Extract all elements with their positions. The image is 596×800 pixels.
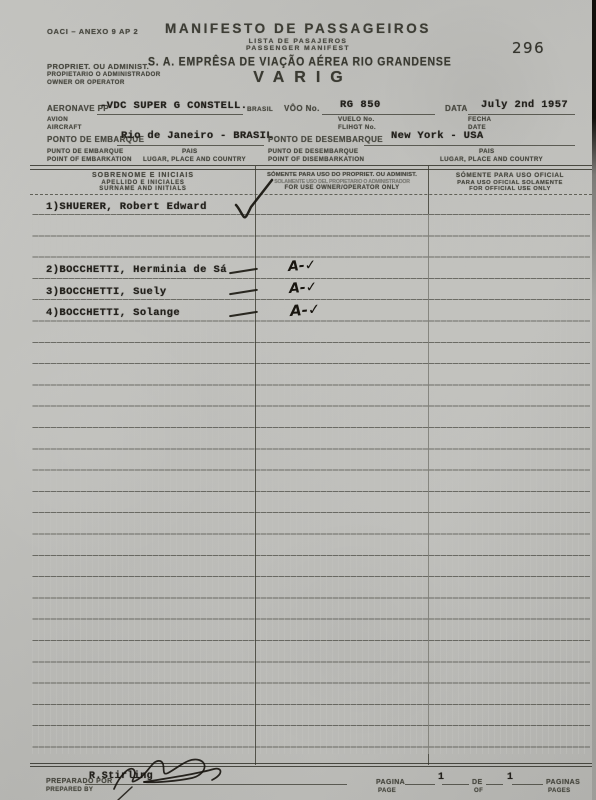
table-top-border xyxy=(30,165,592,170)
document-title: MANIFESTO DE PASSAGEIROS xyxy=(148,21,448,36)
annotation-row-4: A-✓ xyxy=(289,299,321,319)
page-number-value: 1 xyxy=(438,772,444,783)
aircraft-sublabel-es: AVION xyxy=(47,116,68,123)
document-page: OACI – ANEXO 9 AP 2 MANIFESTO DE PASSAGE… xyxy=(0,0,596,800)
passenger-row-4: 4)BOCCHETTI, Solange xyxy=(46,307,180,319)
column-header-official-line1: SÓMENTE PARA USO OFICIAL xyxy=(430,172,590,179)
owner-label-pt: PROPRIET. OU ADMINIST. xyxy=(47,62,149,71)
date-label: DATA xyxy=(445,104,468,113)
disembark-value: New York - USA xyxy=(391,130,483,142)
page-label-pt: PAGINA xyxy=(376,779,405,786)
flight-number-value: RG 850 xyxy=(340,99,381,111)
disembark-country-label-es: PAIS xyxy=(479,148,495,155)
page-underline-4 xyxy=(512,784,543,785)
signature-icon xyxy=(106,751,236,800)
checkmark-handwritten-icon xyxy=(232,177,276,223)
aircraft-value: -VDC SUPER G CONSTELL. xyxy=(100,100,247,112)
flight-sublabel-es: VUELO No. xyxy=(338,116,375,123)
of-label-pt: DE xyxy=(472,779,483,786)
disembark-label: PONTO DE DESEMBARQUE xyxy=(268,135,383,144)
total-pages-value: 1 xyxy=(507,772,513,783)
pages-label-pt: PAGINAS xyxy=(546,779,580,786)
scan-edge-strip xyxy=(592,0,596,800)
column-header-name-line3: SURNAME AND INITIALS xyxy=(32,186,254,192)
passenger-row-2: 2)BOCCHETTI, Herminia de Sá xyxy=(46,264,227,276)
date-underline xyxy=(468,114,575,115)
owner-label-es: PROPIETARIO O ADMINISTRADOR xyxy=(47,71,161,78)
of-label-en: OF xyxy=(474,788,483,794)
flight-number-underline xyxy=(322,114,435,115)
company-brand: VARIG xyxy=(148,69,448,87)
disembark-sublabel-en: POINT OF DISEMBARKATION xyxy=(268,156,364,163)
aircraft-sublabel-en: AIRCRAFT xyxy=(47,124,82,131)
column-header-owner-line3: FOR USE OWNER/OPERATOR ONLY xyxy=(257,185,427,191)
flight-sublabel-en: FLIHGT No. xyxy=(338,124,376,131)
page-underline-3 xyxy=(486,784,503,785)
date-sublabel-es: FECHA xyxy=(468,116,491,123)
date-value: July 2nd 1957 xyxy=(481,99,568,111)
embark-sublabel-en: POINT OF EMBARKATION xyxy=(47,156,132,163)
document-subtitle-en: PASSENGER MANIFEST xyxy=(148,45,448,52)
embark-country-label-en: LUGAR, PLACE AND COUNTRY xyxy=(143,156,246,163)
aircraft-underline xyxy=(97,114,243,115)
column-header-owner: SÓMENTE PARA USO DO PROPRIET. OU ADMINIS… xyxy=(257,172,427,191)
pages-label-en: PAGES xyxy=(548,788,571,794)
column-header-official: SÓMENTE PARA USO OFICIAL PARA USO OFICIA… xyxy=(430,172,590,192)
annotation-row-2: A-✓ xyxy=(287,257,316,275)
page-underline-2 xyxy=(442,784,469,785)
column-header-name: SOBRENOME E INICIAIS APELLIDO E INICIALE… xyxy=(32,172,254,192)
annotation-row-3: A-✓ xyxy=(288,279,317,297)
sheet-number: 296 xyxy=(512,39,545,57)
column-header-owner-line1: SÓMENTE PARA USO DO PROPRIET. OU ADMINIS… xyxy=(257,172,427,178)
passenger-row-3: 3)BOCCHETTI, Suely xyxy=(46,286,167,298)
aircraft-country-label: BRASIL xyxy=(247,106,273,113)
table-header-underline xyxy=(30,194,592,195)
prepared-by-label-en: PREPARED BY xyxy=(46,787,93,793)
disembark-sublabel-es: PUNTO DE DESEMBARQUE xyxy=(268,148,358,155)
document-subtitle-es: LISTA DE PASAJEROS xyxy=(148,38,448,45)
disembark-country-label-en: LUGAR, PLACE AND COUNTRY xyxy=(440,156,543,163)
embark-sublabel-es: PUNTO DE EMBARQUE xyxy=(47,148,123,155)
embark-underline xyxy=(117,145,264,146)
embark-value: Rio de Janeiro - BRASIL xyxy=(121,130,273,142)
page-underline-1 xyxy=(405,784,435,785)
page-label-en: PAGE xyxy=(378,788,396,794)
embark-country-label-es: PAIS xyxy=(182,148,198,155)
disembark-underline xyxy=(364,145,575,146)
passenger-row-1: 1)SHUERER, Robert Edward xyxy=(46,201,207,213)
column-header-official-line3: FOR OFFICIAL USE ONLY xyxy=(430,186,590,192)
form-reference: OACI – ANEXO 9 AP 2 xyxy=(47,27,138,36)
column-header-name-line1: SOBRENOME E INICIAIS xyxy=(32,172,254,179)
column-header-owner-line2: SOLAMENTE USO DEL PROPIETARIO O ADMINIST… xyxy=(257,179,427,185)
flight-number-label: VÔO No. xyxy=(284,104,320,113)
company-name: S. A. EMPRÊSA DE VIAÇÃO AÉREA RIO GRANDE… xyxy=(148,55,448,69)
owner-label-en: OWNER OR OPERATOR xyxy=(47,79,125,86)
